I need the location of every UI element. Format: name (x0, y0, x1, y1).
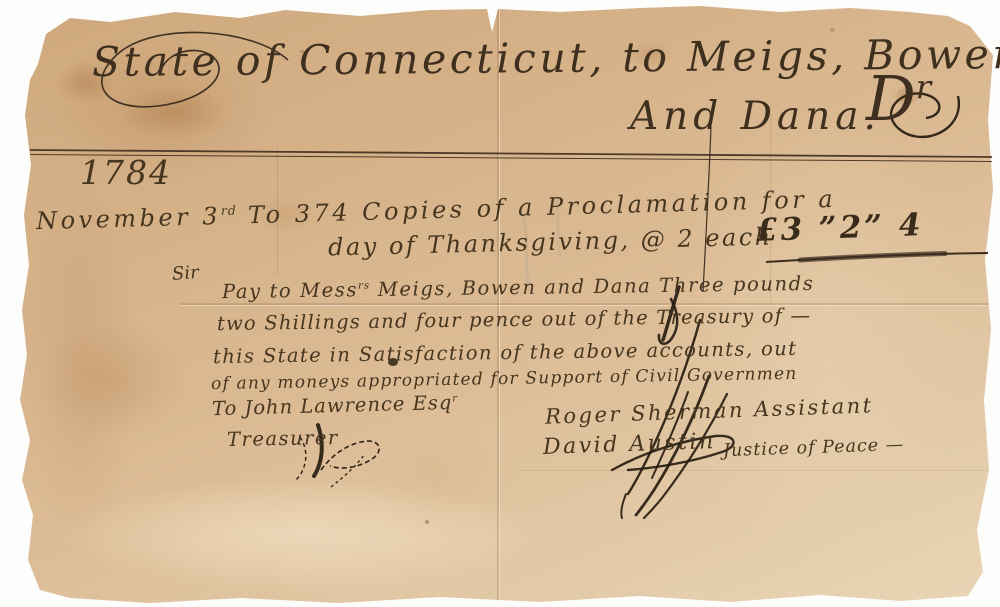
scanned-document-photo: State of Connecticut, to Meigs, Bowen An… (0, 0, 1000, 607)
order-line1-prefix: Pay to Mess (222, 278, 358, 303)
signature-assistant-title: Assistant (744, 393, 874, 421)
debit-letter: D (866, 62, 916, 135)
debit-superscript: r (916, 68, 932, 106)
entry-date: November 3 (36, 202, 222, 235)
amount-underline-swoosh (800, 254, 945, 261)
document-title-line2: And Dana. (630, 94, 881, 139)
treasurer-label: Treasurer (227, 426, 339, 451)
entry-amount: £3 ”2” 4 (755, 207, 924, 249)
signature-scribble (621, 494, 626, 518)
entry-year: 1784 (80, 153, 172, 192)
salutation: Sir (171, 262, 199, 285)
messrs-superscript: rs (358, 281, 370, 292)
entry-date-ordinal: rd (221, 203, 237, 218)
debit-abbreviation: Dr (866, 62, 932, 135)
ink-marks-layer (0, 0, 1000, 607)
esquire-superscript: r (452, 393, 458, 404)
treasurer-flourish (331, 455, 364, 487)
document-title-line1: State of Connecticut, to Meigs, Bowen (92, 30, 1000, 86)
